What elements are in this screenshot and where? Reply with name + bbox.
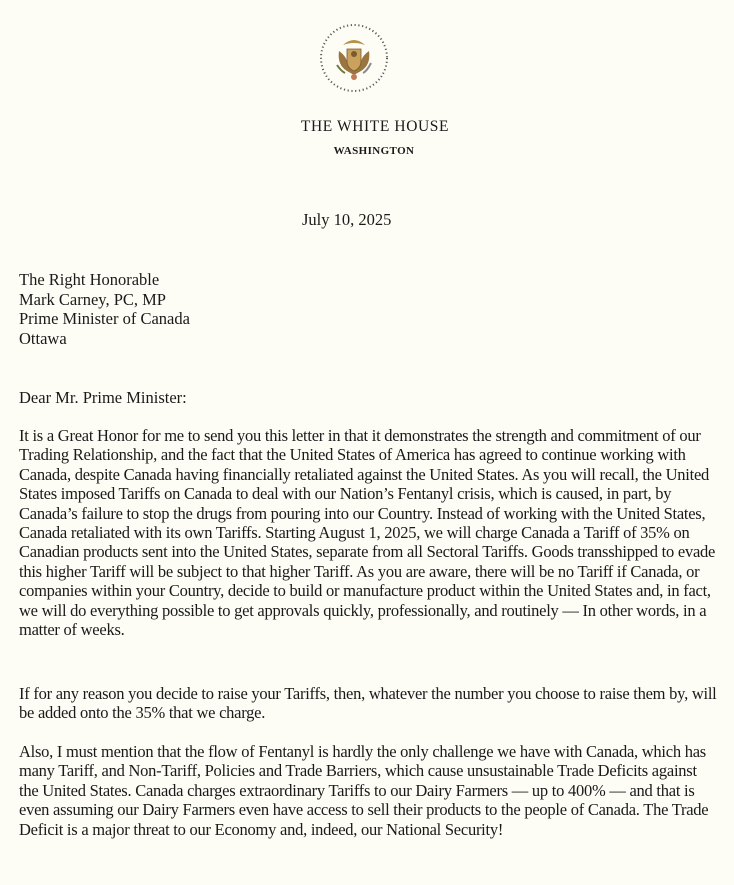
addressee-line: Prime Minister of Canada: [19, 309, 190, 329]
body-paragraph: It is a Great Honor for me to send you t…: [19, 426, 719, 639]
addressee-line: The Right Honorable: [19, 270, 190, 290]
addressee-line: Ottawa: [19, 329, 190, 349]
body-paragraph: If for any reason you decide to raise yo…: [19, 684, 719, 723]
presidential-seal-icon: [317, 21, 391, 95]
body-paragraph: Also, I must mention that the flow of Fe…: [19, 742, 719, 839]
addressee-block: The Right Honorable Mark Carney, PC, MP …: [19, 270, 190, 348]
letter-date: July 10, 2025: [302, 210, 391, 230]
salutation: Dear Mr. Prime Minister:: [19, 388, 187, 408]
letterhead-subtitle: WASHINGTON: [0, 145, 734, 157]
letterhead-title: THE WHITE HOUSE: [0, 118, 734, 136]
addressee-line: Mark Carney, PC, MP: [19, 290, 190, 310]
